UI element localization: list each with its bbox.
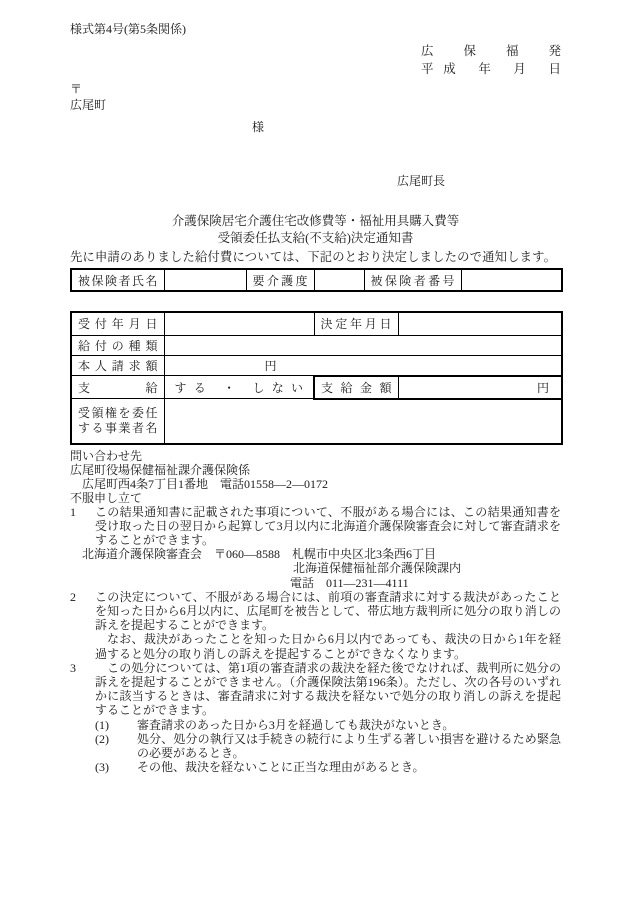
contact-address-phone: 広尾町西4条7丁目1番地 電話01558—2—0172 — [70, 477, 561, 491]
appeal-item-2: 2 この決定について、不服がある場合には、前項の審査請求に対する裁決があったこと… — [70, 590, 561, 661]
appeal-item-2-body: この決定について、不服がある場合には、前項の審査請求に対する裁決があったことを知… — [95, 590, 561, 661]
delegate-label-line1: 受領権を委任 — [78, 406, 158, 421]
payment-amount-label: 支給金額 — [314, 376, 398, 399]
payment-options: する ・ しない — [164, 376, 314, 399]
claim-amount-unit: 円 — [164, 355, 562, 376]
decision-date-value — [398, 312, 562, 335]
care-level-label: 要介護度 — [246, 269, 314, 291]
decision-table: 受付年月日 決定年月日 給付の種類 本人請求額 円 支給 する ・ しない 支給… — [70, 311, 563, 445]
claim-amount-label: 本人請求額 — [71, 355, 164, 376]
sender-mayor: 広尾町長 — [70, 174, 561, 189]
intro-sentence: 先に申請のありました給付費については、下記のとおり決定しましたので通知します。 — [70, 250, 561, 265]
appeal-subitem-3-text: その他、裁決を経ないことに正当な理由があるとき。 — [137, 760, 561, 774]
appeal-item-2-text: この決定について、不服がある場合には、前項の審査請求に対する裁決があったことを知… — [95, 590, 561, 633]
benefit-type-label: 給付の種類 — [71, 335, 164, 355]
addressee-honorific: 様 — [70, 120, 561, 135]
appeal-item-3-text: この処分については、第1項の審査請求の裁決を経た後でなければ、裁判所に処分の訴え… — [95, 661, 561, 718]
appeal-subitem-1: (1) 審査請求のあった日から3月を経過しても裁決がないとき。 — [95, 718, 561, 732]
appeal-item-2-number: 2 — [70, 590, 95, 661]
document-code: 広 保 福 発 — [421, 42, 561, 60]
payment-label: 支給 — [71, 376, 164, 399]
appeal-item-3-body: この処分については、第1項の審査請求の裁決を経た後でなければ、裁判所に処分の訴え… — [95, 661, 561, 775]
contact-office: 広尾町役場保健福祉課介護保険係 — [70, 463, 561, 477]
appeal-item-1: 1 この結果通知書に記載された事項について、不服がある場合には、この結果通知書を… — [70, 505, 561, 548]
appeal-item-1-number: 1 — [70, 505, 95, 548]
form-number: 様式第4号(第5条関係) — [70, 22, 561, 36]
insured-person-row: 被保険者氏名 要介護度 被保険者番号 — [71, 269, 562, 291]
delegate-value — [164, 399, 562, 444]
contact-block: 問い合わせ先 広尾町役場保健福祉課介護保険係 広尾町西4条7丁目1番地 電話01… — [70, 449, 561, 491]
appeal-subitem-3-marker: (3) — [95, 760, 137, 774]
reception-date-value — [164, 312, 314, 335]
document-title-line2: 受領委任払支給(不支給)決定通知書 — [70, 230, 561, 247]
delegate-label-line2: する事業者名 — [78, 421, 158, 436]
review-board-phone: 電話 011—231—4111 — [70, 576, 561, 590]
delegate-label: 受領権を委任 する事業者名 — [71, 399, 164, 444]
reception-date-label: 受付年月日 — [71, 312, 164, 335]
contact-heading: 問い合わせ先 — [70, 449, 561, 463]
appeal-subitem-2-text: 処分、処分の執行又は手続きの続行により生ずる著しい損害を避けるため緊急の必要があ… — [137, 732, 561, 760]
document-code-block: 広 保 福 発 平成 年 月 日 — [421, 42, 561, 78]
appeal-subitem-2: (2) 処分、処分の執行又は手続きの続行により生ずる著しい損害を避けるため緊急の… — [95, 732, 561, 760]
appeal-item-3: 3 この処分については、第1項の審査請求の裁決を経た後でなければ、裁判所に処分の… — [70, 661, 561, 775]
insured-name-label: 被保険者氏名 — [71, 269, 164, 291]
review-board-address-line2: 北海道保健福祉部介護保険課内 — [70, 561, 561, 575]
payment-row: 支給 する ・ しない 支給金額 円 — [71, 376, 562, 399]
review-board-address-line1: 北海道介護保険審査会 〒060—8588 札幌市中央区北3条西6丁目 — [70, 547, 561, 561]
care-level-value — [314, 269, 364, 291]
payment-amount-unit: 円 — [398, 376, 562, 399]
delegate-row: 受領権を委任 する事業者名 — [71, 399, 562, 444]
appeal-subitem-2-marker: (2) — [95, 732, 137, 760]
benefit-type-value — [164, 335, 562, 355]
addressee-town: 広尾町 — [70, 98, 561, 113]
issue-date-line: 平成 年 月 日 — [421, 60, 561, 78]
appeal-heading: 不服申し立て — [70, 491, 561, 505]
insured-number-value — [461, 269, 562, 291]
appeal-item-1-text: この結果通知書に記載された事項について、不服がある場合には、この結果通知書を受け… — [95, 505, 561, 548]
appeal-item-3-number: 3 — [70, 661, 95, 775]
notification-document: 様式第4号(第5条関係) 広 保 福 発 平成 年 月 日 〒 広尾町 様 広尾… — [0, 0, 630, 915]
postal-mark: 〒 — [70, 82, 561, 97]
appeal-subitem-1-marker: (1) — [95, 718, 137, 732]
insured-person-table: 被保険者氏名 要介護度 被保険者番号 — [70, 268, 563, 292]
benefit-type-row: 給付の種類 — [71, 335, 562, 355]
decision-date-label: 決定年月日 — [314, 312, 398, 335]
claim-amount-row: 本人請求額 円 — [71, 355, 562, 376]
document-title: 介護保険居宅介護住宅改修費等・福祉用具購入費等 受領委任払支給(不支給)決定通知… — [70, 213, 561, 247]
insured-name-value — [164, 269, 246, 291]
appeal-subitem-3: (3) その他、裁決を経ないことに正当な理由があるとき。 — [95, 760, 561, 774]
appeal-section: 不服申し立て 1 この結果通知書に記載された事項について、不服がある場合には、こ… — [70, 491, 561, 775]
document-title-line1: 介護保険居宅介護住宅改修費等・福祉用具購入費等 — [70, 213, 561, 230]
dates-row: 受付年月日 決定年月日 — [71, 312, 562, 335]
insured-number-label: 被保険者番号 — [364, 269, 461, 291]
appeal-item-2-note: なお、裁決があったことを知った日から6月以内であっても、裁決の日から1年を経過す… — [95, 632, 561, 660]
appeal-subitem-1-text: 審査請求のあった日から3月を経過しても裁決がないとき。 — [137, 718, 561, 732]
